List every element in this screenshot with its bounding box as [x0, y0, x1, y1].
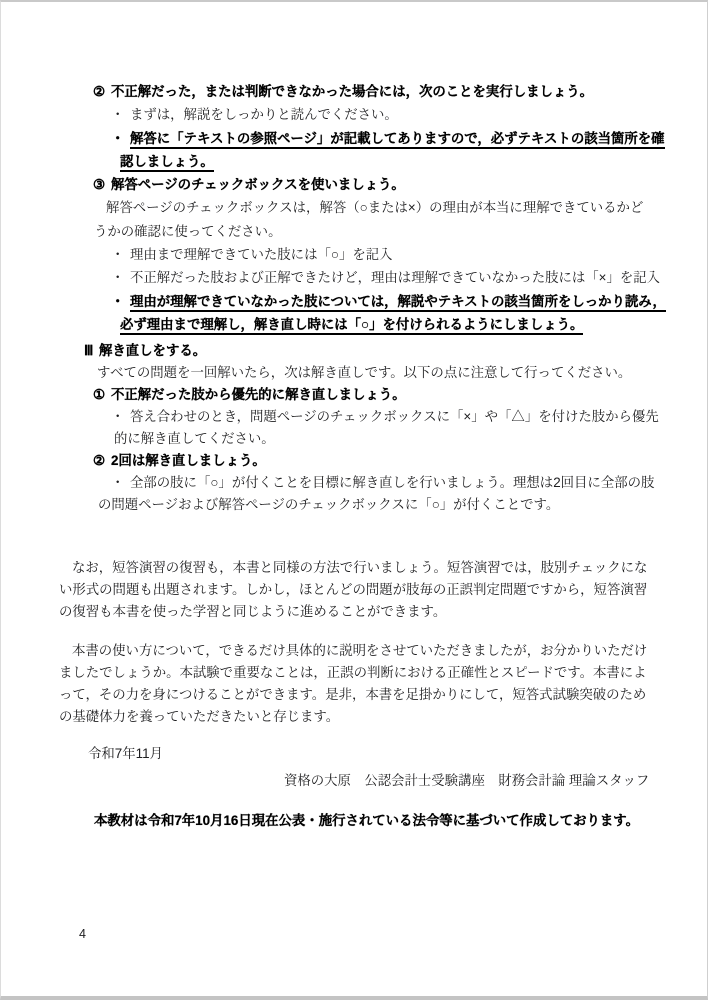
doc-line: ①不正解だった肢から優先的に解き直しましょう。: [1, 384, 707, 406]
line-text: 理由が理解できていなかった肢については，解説やテキストの該当箇所をしっかり読み，: [130, 294, 666, 312]
doc-line: の復習も本書を使った学習と同じように進めることができます。: [1, 601, 707, 623]
line-text: 全部の肢に「○」が付くことを目標に解き直しを行いましょう。理想は2回目に全部の肢: [130, 475, 654, 490]
line-text: すべての問題を一回解いたら，次は解き直しです。以下の点に注意して行ってください。: [97, 365, 631, 380]
doc-line: い形式の問題も出題されます。しかし，ほとんどの問題が肢毎の正誤判定問題ですから，…: [1, 579, 707, 601]
doc-line: ・まずは，解説をしっかりと読んでください。: [1, 103, 707, 126]
line-text: い形式の問題も出題されます。しかし，ほとんどの問題が肢毎の正誤判定問題ですから，…: [59, 582, 647, 597]
list-marker: ①: [93, 384, 111, 406]
page-content: ②不正解だった，または判断できなかった場合には，次のことを実行しましょう。・まず…: [1, 80, 707, 832]
credit-line: 資格の大原 公認会計士受験講座 財務会計論 理論スタッフ: [1, 770, 707, 792]
doc-line: 資格の大原 公認会計士受験講座 財務会計論 理論スタッフ: [1, 770, 707, 792]
line-text: 資格の大原 公認会計士受験講座 財務会計論 理論スタッフ: [284, 773, 649, 788]
line-text: 解答ページのチェックボックスを使いましょう。: [111, 177, 405, 192]
list-marker: ・: [111, 103, 130, 126]
line-text: 本教材は令和7年10月16日現在公表・施行されている法令等に基づいて作成しており…: [94, 813, 639, 828]
section-retry: Ⅲ解き直しをする。すべての問題を一回解いたら，次は解き直しです。以下の点に注意し…: [1, 340, 707, 516]
line-text: 解き直しをする。: [99, 343, 206, 358]
date-line: 令和7年11月: [1, 743, 707, 765]
howto-answer-check-list: ②不正解だった，または判断できなかった場合には，次のことを実行しましょう。・まず…: [1, 80, 707, 336]
paragraph-closing: 本書の使い方について，できるだけ具体的に説明をさせていただきましたが，お分かりい…: [1, 640, 707, 728]
line-text: の基礎体力を養っていただきたいと存じます。: [59, 709, 339, 724]
doc-line: うかの確認に使ってください。: [1, 220, 707, 243]
line-text: 令和7年11月: [88, 746, 163, 761]
line-text: 認しましょう。: [120, 154, 214, 172]
line-text: 解答に「テキストの参照ページ」が記載してありますので，必ずテキストの該当箇所を確: [130, 131, 665, 149]
doc-line: の基礎体力を養っていただきたいと存じます。: [1, 706, 707, 728]
line-text: の問題ページおよび解答ページのチェックボックスに「○」が付くことです。: [98, 497, 559, 512]
doc-line: 本書の使い方について，できるだけ具体的に説明をさせていただきましたが，お分かりい…: [1, 640, 707, 662]
line-text: って，その力を身につけることができます。是非，本書を足掛かりにして，短答式試験突…: [59, 687, 646, 702]
list-marker: ③: [93, 173, 111, 196]
list-marker: ・: [111, 266, 130, 289]
doc-line: Ⅲ解き直しをする。: [1, 340, 707, 362]
doc-line: 令和7年11月: [1, 743, 707, 765]
line-text: 不正解だった肢から優先的に解き直しましょう。: [111, 387, 406, 402]
doc-line: 的に解き直してください。: [1, 428, 707, 450]
line-text: 的に解き直してください。: [114, 431, 275, 446]
doc-line: って，その力を身につけることができます。是非，本書を足掛かりにして，短答式試験突…: [1, 684, 707, 706]
list-marker: Ⅲ: [84, 340, 99, 362]
doc-line: ③解答ページのチェックボックスを使いましょう。: [1, 173, 707, 196]
doc-line: ②不正解だった，または判断できなかった場合には，次のことを実行しましょう。: [1, 80, 707, 103]
doc-line: ・解答に「テキストの参照ページ」が記載してありますので，必ずテキストの該当箇所を…: [1, 127, 707, 150]
line-text: 理由まで理解できていた肢には「○」を記入: [130, 247, 393, 262]
list-marker: ・: [111, 406, 130, 428]
line-text: ましたでしょうか。本試験で重要なことは，正誤の判断における正確性とスピードです。…: [59, 665, 647, 680]
line-text: 解答ページのチェックボックスは，解答（○または×）の理由が本当に理解できているか…: [106, 200, 643, 215]
line-text: 必ず理由まで理解し，解き直し時には「○」を付けられるようにしましょう。: [120, 317, 583, 335]
doc-line: ・理由が理解できていなかった肢については，解説やテキストの該当箇所をしっかり読み…: [1, 290, 707, 313]
line-text: うかの確認に使ってください。: [94, 224, 281, 239]
doc-line: すべての問題を一回解いたら，次は解き直しです。以下の点に注意して行ってください。: [1, 362, 707, 384]
line-text: 2回は解き直しましょう。: [111, 453, 266, 468]
doc-line: ましたでしょうか。本試験で重要なことは，正誤の判断における正確性とスピードです。…: [1, 662, 707, 684]
doc-line: なお，短答演習の復習も，本書と同様の方法で行いましょう。短答演習では，肢別チェッ…: [1, 557, 707, 579]
doc-line: ・理由まで理解できていた肢には「○」を記入: [1, 243, 707, 266]
list-marker: ②: [93, 80, 111, 103]
doc-line: 本教材は令和7年10月16日現在公表・施行されている法令等に基づいて作成しており…: [1, 810, 707, 832]
doc-line: ・全部の肢に「○」が付くことを目標に解き直しを行いましょう。理想は2回目に全部の…: [1, 472, 707, 494]
line-text: まずは，解説をしっかりと読んでください。: [130, 107, 398, 122]
legal-notice: 本教材は令和7年10月16日現在公表・施行されている法令等に基づいて作成しており…: [1, 810, 707, 832]
line-text: 不正解だった肢および正解できたけど，理由は理解できていなかった肢には「×」を記入: [130, 270, 660, 285]
doc-line: 必ず理由まで理解し，解き直し時には「○」を付けられるようにしましょう。: [1, 313, 707, 336]
line-text: の復習も本書を使った学習と同じように進めることができます。: [59, 604, 446, 619]
list-marker: ・: [111, 290, 130, 313]
list-marker: ・: [111, 472, 130, 494]
line-text: 答え合わせのとき，問題ページのチェックボックスに「×」や「△」を付けた肢から優先: [130, 409, 659, 424]
page-number: 4: [79, 927, 86, 941]
list-marker: ・: [111, 243, 130, 266]
document-page: ②不正解だった，または判断できなかった場合には，次のことを実行しましょう。・まず…: [0, 0, 708, 1000]
list-marker: ・: [111, 127, 130, 150]
doc-line: の問題ページおよび解答ページのチェックボックスに「○」が付くことです。: [1, 494, 707, 516]
doc-line: ・答え合わせのとき，問題ページのチェックボックスに「×」や「△」を付けた肢から優…: [1, 406, 707, 428]
doc-line: 解答ページのチェックボックスは，解答（○または×）の理由が本当に理解できているか…: [1, 196, 707, 219]
doc-line: 認しましょう。: [1, 150, 707, 173]
line-text: 不正解だった，または判断できなかった場合には，次のことを実行しましょう。: [111, 84, 593, 99]
doc-line: ・不正解だった肢および正解できたけど，理由は理解できていなかった肢には「×」を記…: [1, 266, 707, 289]
line-text: なお，短答演習の復習も，本書と同様の方法で行いましょう。短答演習では，肢別チェッ…: [72, 560, 647, 575]
list-marker: ②: [93, 450, 111, 472]
line-text: 本書の使い方について，できるだけ具体的に説明をさせていただきましたが，お分かりい…: [72, 643, 647, 658]
paragraph-tanto-practice: なお，短答演習の復習も，本書と同様の方法で行いましょう。短答演習では，肢別チェッ…: [1, 557, 707, 623]
doc-line: ②2回は解き直しましょう。: [1, 450, 707, 472]
